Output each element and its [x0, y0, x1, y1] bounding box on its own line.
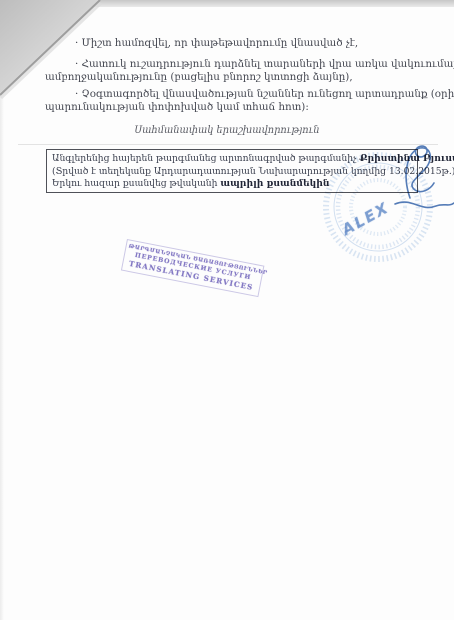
bullet-3-line-1: · Չօգտագործել վնասվածության նշաններ ունե…: [75, 88, 454, 100]
scanned-document-page: · Միշտ համոզվել, որ փաթեթավորումը վնասվա…: [0, 0, 454, 620]
certification-line-3: Երկու հազար քսանվեց թվականի ապրիլի քսանմ…: [52, 178, 412, 191]
translation-services-stamp: ԹԱՐԳՄԱՆՉԱԿԱՆ ԾԱՌԱՅՈՒԹՅՈՒՆՆԵՐ ПЕРЕВОДЧЕСК…: [121, 239, 265, 297]
certification-date-bold: ապրիլի քսանմեկին: [220, 178, 329, 189]
translator-certification-box: Անգլերենից հայերեն թարգմանեց արտոնագրված…: [46, 149, 418, 193]
certification-line-1-text: Անգլերենից հայերեն թարգմանեց արտոնագրված…: [52, 153, 356, 164]
bullet-1-line-1: · Միշտ համոզվել, որ փաթեթավորումը վնասվա…: [75, 37, 358, 49]
certification-line-2: (Տրված է տեղեկանք Արդարադատության Նախարա…: [52, 166, 412, 179]
bullet-3-line-2: պարունակության փոփոխված կամ տհաճ հոտ):: [45, 101, 309, 113]
certification-line-1: Անգլերենից հայերեն թարգմանեց արտոնագրված…: [52, 153, 412, 166]
translator-name: Քրիստինա Բյուսարյանը: [359, 153, 454, 164]
bullet-2-line-1: · Հատուկ ուշադրություն դարձնել տարաների …: [75, 58, 454, 70]
round-stamp-center-text: ALEX: [339, 189, 409, 239]
scan-fold-line: [18, 144, 438, 145]
bullet-2-line-2: ամբողջականությունը (բացելիս բնորոշ կտտոց…: [45, 71, 353, 83]
certification-date-text: Երկու հազար քսանվեց թվականի: [52, 178, 217, 189]
section-heading: Սահմանափակ երաշխավորություն: [0, 125, 454, 136]
